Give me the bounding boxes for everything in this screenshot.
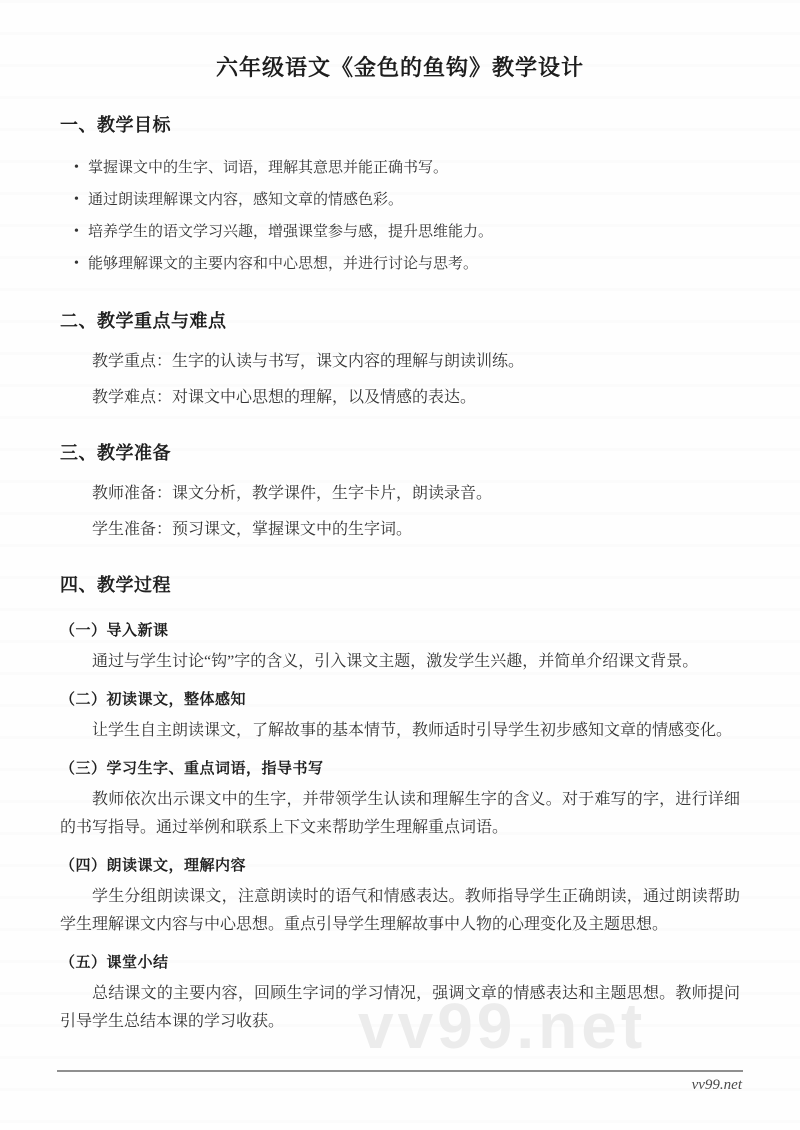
subsection-heading: （一）导入新课 <box>60 620 740 642</box>
section-4: 四、教学过程（一）导入新课通过与学生讨论“钩”字的含义，引入课文主题，激发学生兴… <box>60 572 740 1036</box>
section-heading: 一、教学目标 <box>60 112 740 138</box>
subsection-paragraph: 学生分组朗读课文，注意朗读时的语气和情感表达。教师指导学生正确朗读，通过朗读帮助… <box>60 883 740 939</box>
subsection-heading: （二）初读课文，整体感知 <box>60 689 740 711</box>
subsection: （三）学习生字、重点词语，指导书写教师依次出示课文中的生字，并带领学生认读和理解… <box>60 758 740 842</box>
page-title: 六年级语文《金色的鱼钩》教学设计 <box>60 0 740 84</box>
list-item-text: 培养学生的语文学习兴趣，增强课堂参与感，提升思维能力。 <box>88 224 493 240</box>
subsection: （四）朗读课文，理解内容学生分组朗读课文，注意朗读时的语气和情感表达。教师指导学… <box>60 855 740 939</box>
footer-divider <box>57 1070 743 1072</box>
subsection: （二）初读课文，整体感知让学生自主朗读课文，了解故事的基本情节，教师适时引导学生… <box>60 689 740 745</box>
paragraph: 教学重点：生字的认读与书写，课文内容的理解与朗读训练。 <box>60 348 740 376</box>
bullet-icon: • <box>74 184 79 216</box>
document-content: 六年级语文《金色的鱼钩》教学设计 一、教学目标•掌握课文中的生字、词语，理解其意… <box>0 0 800 1036</box>
document-body: 一、教学目标•掌握课文中的生字、词语，理解其意思并能正确书写。•通过朗读理解课文… <box>60 112 740 1036</box>
list-item-text: 掌握课文中的生字、词语，理解其意思并能正确书写。 <box>88 160 448 176</box>
subsection-paragraph: 让学生自主朗读课文，了解故事的基本情节，教师适时引导学生初步感知文章的情感变化。 <box>60 717 740 745</box>
paragraph: 教学难点：对课文中心思想的理解，以及情感的表达。 <box>60 384 740 412</box>
list-item: •能够理解课文的主要内容和中心思想，并进行讨论与思考。 <box>60 248 740 280</box>
bullet-icon: • <box>74 152 79 184</box>
section-3: 三、教学准备教师准备：课文分析，教学课件，生字卡片，朗读录音。学生准备：预习课文… <box>60 440 740 544</box>
list-item-text: 能够理解课文的主要内容和中心思想，并进行讨论与思考。 <box>88 256 478 272</box>
subsection-paragraph: 总结课文的主要内容，回顾生字词的学习情况，强调文章的情感表达和主题思想。教师提问… <box>60 980 740 1036</box>
subsection: （五）课堂小结总结课文的主要内容，回顾生字词的学习情况，强调文章的情感表达和主题… <box>60 952 740 1036</box>
section-heading: 三、教学准备 <box>60 440 740 466</box>
list-item: •通过朗读理解课文内容，感知文章的情感色彩。 <box>60 184 740 216</box>
subsection-paragraph: 通过与学生讨论“钩”字的含义，引入课文主题，激发学生兴趣，并简单介绍课文背景。 <box>60 648 740 676</box>
list-item: •掌握课文中的生字、词语，理解其意思并能正确书写。 <box>60 152 740 184</box>
bullet-icon: • <box>74 248 79 280</box>
subsection-paragraph: 教师依次出示课文中的生字，并带领学生认读和理解生字的含义。对于难写的字，进行详细… <box>60 786 740 842</box>
section-1: 一、教学目标•掌握课文中的生字、词语，理解其意思并能正确书写。•通过朗读理解课文… <box>60 112 740 280</box>
section-2: 二、教学重点与难点教学重点：生字的认读与书写，课文内容的理解与朗读训练。教学难点… <box>60 308 740 412</box>
list-item-text: 通过朗读理解课文内容，感知文章的情感色彩。 <box>88 192 403 208</box>
list-item: •培养学生的语文学习兴趣，增强课堂参与感，提升思维能力。 <box>60 216 740 248</box>
section-heading: 四、教学过程 <box>60 572 740 598</box>
goal-list: •掌握课文中的生字、词语，理解其意思并能正确书写。•通过朗读理解课文内容，感知文… <box>60 152 740 280</box>
section-heading: 二、教学重点与难点 <box>60 308 740 334</box>
paragraph: 学生准备：预习课文，掌握课文中的生字词。 <box>60 516 740 544</box>
subsection: （一）导入新课通过与学生讨论“钩”字的含义，引入课文主题，激发学生兴趣，并简单介… <box>60 620 740 676</box>
bullet-icon: • <box>74 216 79 248</box>
document-page: 六年级语文《金色的鱼钩》教学设计 一、教学目标•掌握课文中的生字、词语，理解其意… <box>0 0 800 1130</box>
subsection-heading: （四）朗读课文，理解内容 <box>60 855 740 877</box>
paragraph: 教师准备：课文分析，教学课件，生字卡片，朗读录音。 <box>60 480 740 508</box>
subsection-heading: （三）学习生字、重点词语，指导书写 <box>60 758 740 780</box>
footer-site-label: vv99.net <box>692 1077 742 1094</box>
subsection-heading: （五）课堂小结 <box>60 952 740 974</box>
